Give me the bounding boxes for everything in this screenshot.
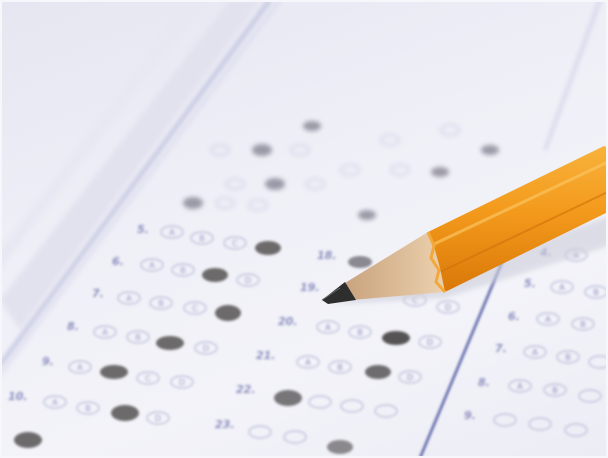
svg-text:8.: 8. bbox=[478, 376, 490, 389]
svg-text:5.: 5. bbox=[524, 277, 536, 290]
svg-text:A: A bbox=[545, 315, 551, 324]
svg-text:B: B bbox=[552, 386, 558, 395]
svg-text:7.: 7. bbox=[495, 342, 507, 355]
svg-text:C: C bbox=[145, 374, 151, 383]
svg-text:B: B bbox=[565, 353, 571, 362]
svg-text:A: A bbox=[52, 398, 58, 407]
svg-text:D: D bbox=[203, 344, 209, 353]
svg-text:A: A bbox=[559, 283, 565, 292]
svg-text:A: A bbox=[102, 328, 108, 337]
svg-text:21.: 21. bbox=[256, 349, 276, 362]
question-number: 7. bbox=[92, 287, 104, 300]
svg-text:A: A bbox=[325, 323, 331, 332]
svg-text:D: D bbox=[179, 378, 185, 387]
svg-text:B: B bbox=[357, 328, 363, 337]
svg-text:23.: 23. bbox=[215, 418, 235, 431]
answer-sheet-photo: 5. 6. 7. 8. 9. 10. ABC ABD ABC ABD A bbox=[0, 0, 608, 458]
question-number: 5. bbox=[137, 223, 149, 236]
question-number: 9. bbox=[42, 355, 54, 368]
svg-text:D: D bbox=[427, 338, 433, 347]
svg-text:D: D bbox=[245, 276, 251, 285]
form-margin-strips bbox=[0, 0, 280, 375]
svg-text:9.: 9. bbox=[464, 409, 476, 422]
svg-text:A: A bbox=[517, 382, 523, 391]
svg-text:B: B bbox=[135, 333, 141, 342]
question-number: 10. bbox=[8, 390, 28, 403]
svg-text:19.: 19. bbox=[300, 281, 320, 294]
svg-text:18.: 18. bbox=[317, 249, 337, 262]
svg-text:A: A bbox=[169, 228, 175, 237]
svg-text:C: C bbox=[192, 304, 198, 313]
svg-text:A: A bbox=[532, 348, 538, 357]
svg-text:B: B bbox=[158, 299, 164, 308]
svg-text:B: B bbox=[180, 266, 186, 275]
question-number: 6. bbox=[112, 255, 124, 268]
svg-text:A: A bbox=[126, 294, 132, 303]
svg-text:D: D bbox=[155, 414, 161, 423]
answer-sheet: 5. 6. 7. 8. 9. 10. ABC ABD ABC ABD A bbox=[0, 0, 608, 458]
svg-text:B: B bbox=[337, 363, 343, 372]
svg-text:6.: 6. bbox=[508, 310, 520, 323]
svg-text:B: B bbox=[580, 320, 586, 329]
question-number: 8. bbox=[67, 320, 79, 333]
svg-text:20.: 20. bbox=[278, 315, 298, 328]
svg-text:D: D bbox=[407, 373, 413, 382]
svg-text:22.: 22. bbox=[236, 383, 256, 396]
svg-text:B: B bbox=[85, 404, 91, 413]
svg-text:A: A bbox=[305, 358, 311, 367]
svg-text:B: B bbox=[593, 288, 599, 297]
svg-text:D: D bbox=[445, 303, 451, 312]
svg-text:A: A bbox=[77, 363, 83, 372]
svg-text:A: A bbox=[149, 261, 155, 270]
svg-text:B: B bbox=[199, 234, 205, 243]
svg-text:C: C bbox=[232, 239, 238, 248]
